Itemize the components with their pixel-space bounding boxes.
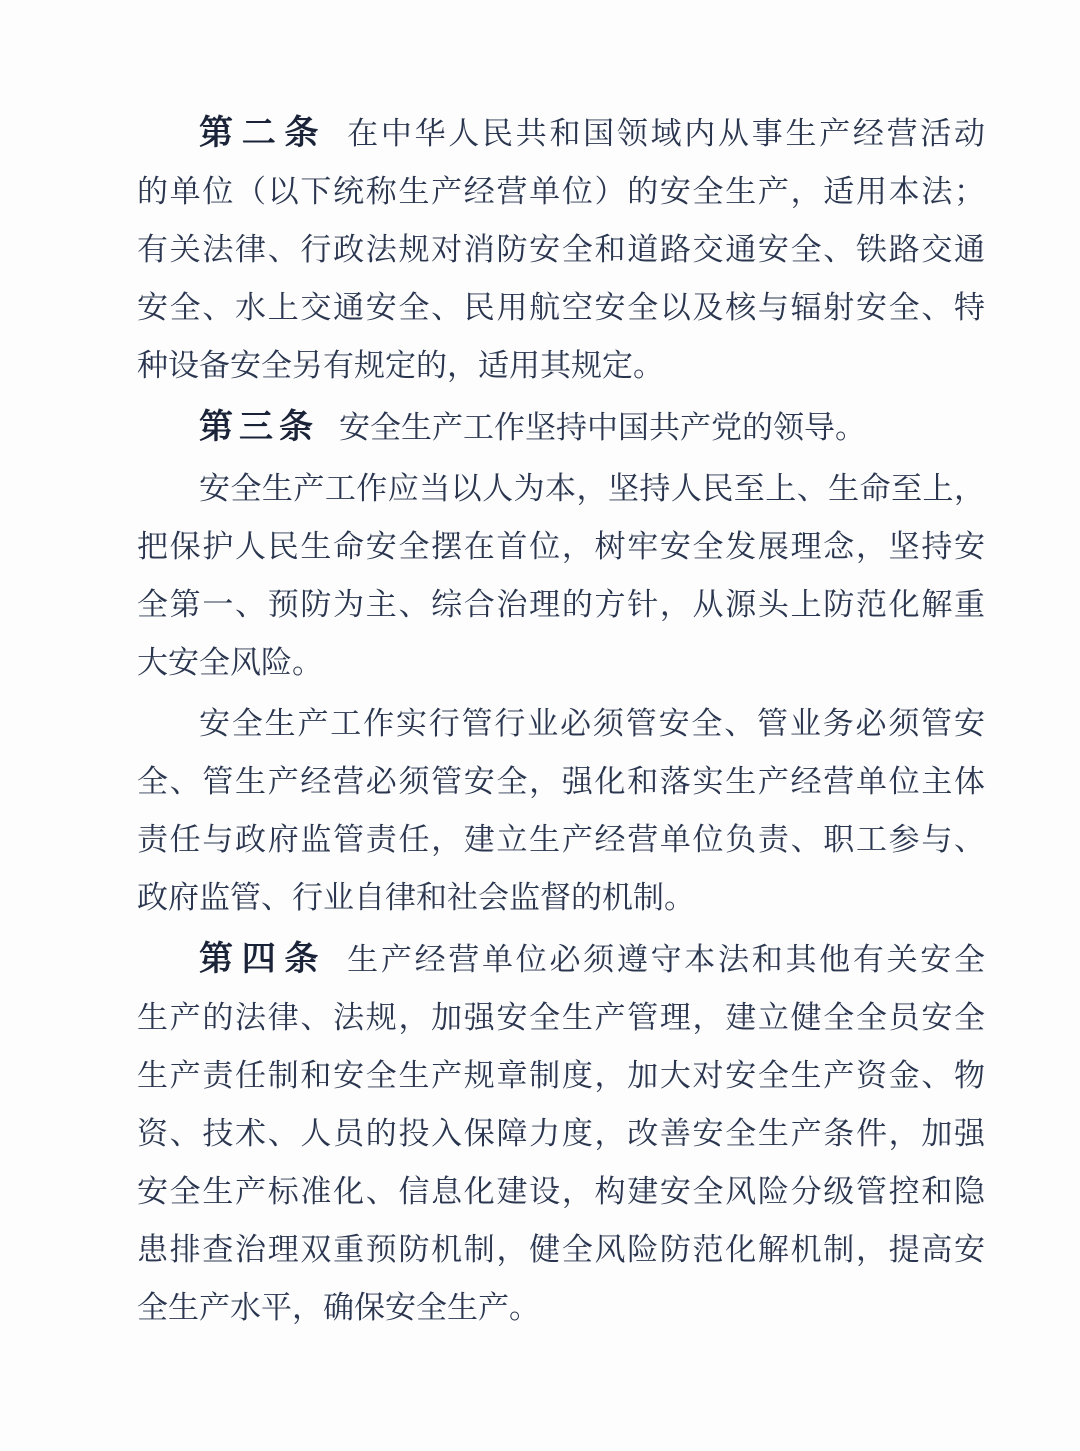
text-line: 安全、水上交通安全、民用航空安全以及核与辐射安全、特 <box>137 279 985 337</box>
paragraph: 第三条安全生产工作坚持中国共产党的领导。 <box>137 398 985 457</box>
text-line: 第三条安全生产工作坚持中国共产党的领导。 <box>137 398 985 457</box>
text-line: 全第一、预防为主、综合治理的方针，从源头上防范化解重 <box>137 576 985 634</box>
text-line: 种设备安全另有规定的，适用其规定。 <box>137 337 985 395</box>
text-line: 安全生产工作应当以人为本，坚持人民至上、生命至上， <box>137 460 985 518</box>
text-line: 的单位（以下统称生产经营单位）的安全生产，适用本法； <box>137 163 985 221</box>
article-number: 第四条 <box>199 940 327 978</box>
document-body: 第二条在中华人民共和国领域内从事生产经营活动的单位（以下统称生产经营单位）的安全… <box>0 0 1080 1337</box>
text-line: 第四条生产经营单位必须遵守本法和其他有关安全 <box>137 930 985 989</box>
article-number: 第三条 <box>199 408 319 446</box>
text-line: 全生产水平，确保安全生产。 <box>137 1279 985 1337</box>
text-line: 大安全风险。 <box>137 634 985 692</box>
text-line: 生产的法律、法规，加强安全生产管理，建立健全全员安全 <box>137 989 985 1047</box>
text-line: 政府监管、行业自律和社会监督的机制。 <box>137 869 985 927</box>
paragraph: 第二条在中华人民共和国领域内从事生产经营活动的单位（以下统称生产经营单位）的安全… <box>137 104 985 395</box>
text-line: 安全生产工作实行管行业必须管安全、管业务必须管安 <box>137 695 985 753</box>
text-line: 有关法律、行政法规对消防安全和道路交通安全、铁路交通 <box>137 221 985 279</box>
text-line: 生产责任制和安全生产规章制度，加大对安全生产资金、物 <box>137 1047 985 1105</box>
text-line: 安全生产标准化、信息化建设，构建安全风险分级管控和隐 <box>137 1163 985 1221</box>
article-number: 第二条 <box>199 114 327 152</box>
text-line: 第二条在中华人民共和国领域内从事生产经营活动 <box>137 104 985 163</box>
paragraph: 安全生产工作应当以人为本，坚持人民至上、生命至上，把保护人民生命安全摆在首位，树… <box>137 460 985 692</box>
text-line: 责任与政府监管责任，建立生产经营单位负责、职工参与、 <box>137 811 985 869</box>
text-line: 把保护人民生命安全摆在首位，树牢安全发展理念，坚持安 <box>137 518 985 576</box>
text-line: 患排查治理双重预防机制，健全风险防范化解机制，提高安 <box>137 1221 985 1279</box>
text-line: 资、技术、人员的投入保障力度，改善安全生产条件，加强 <box>137 1105 985 1163</box>
paragraph: 第四条生产经营单位必须遵守本法和其他有关安全生产的法律、法规，加强安全生产管理，… <box>137 930 985 1337</box>
paragraph: 安全生产工作实行管行业必须管安全、管业务必须管安全、管生产经营必须管安全，强化和… <box>137 695 985 927</box>
page-root: 第二条在中华人民共和国领域内从事生产经营活动的单位（以下统称生产经营单位）的安全… <box>0 0 1080 1451</box>
text-line: 全、管生产经营必须管安全，强化和落实生产经营单位主体 <box>137 753 985 811</box>
